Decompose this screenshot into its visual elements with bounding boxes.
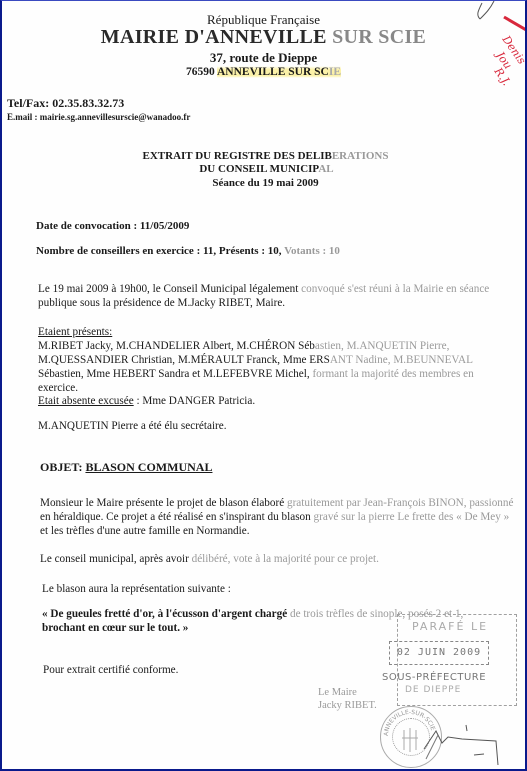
stamp-line1: SOUS-PRÉFECTURE [382,672,486,683]
absent-label: Etait absente excusée [38,395,134,407]
p1-line1: Monsieur le Maire présente le projet de … [40,496,513,511]
extract-title-line2: DU CONSEIL MUNICIPAL [2,163,525,175]
title-line2-faded: AL [318,163,333,175]
blazon-line2: brochant en cœur sur le tout. » [42,621,188,636]
tel-fax: Tel/Fax: 02.35.83.32.73 [7,96,124,111]
town-main: ANNEVILLE SUR SC [217,66,329,78]
present-label: Etaient présents: [38,325,112,340]
present-line2-main: M.QUESSANDIER Christian, M.MÉRAULT Franc… [38,354,330,366]
present-line1-main: M.RIBET Jacky, M.CHANDELIER Albert, M.CH… [38,340,315,352]
document-page: République Française MAIRIE D'ANNEVILLE … [0,0,527,771]
mairie-title: MAIRIE D'ANNEVILLE SUR SCIE [2,26,525,49]
email-address: E.mail : mairie.sg.annevillesurscie@wana… [7,112,190,122]
closing-line: Pour extrait certifié conforme. [43,663,178,678]
stamp-top-text: PARAFÉ LE [412,620,488,633]
mairie-title-faded: SUR SCIE [332,26,426,48]
p2-main: Le conseil municipal, après avoir [40,553,192,565]
postcode: 76590 [186,66,217,78]
present-line1-faded: astien, M.ANQUETIN Pierre, [315,340,450,352]
intro-line1: Le 19 mai 2009 à 19h00, le Conseil Munic… [38,282,489,297]
p3-line: Le blason aura la représentation suivant… [42,582,231,597]
blazon-line1-main: « De gueules fretté d'or, à l'écusson d'… [42,608,290,620]
title-line1-faded: ERATIONS [332,150,389,162]
p1-line3: et les trèfles d'une autre famille en No… [40,524,250,539]
p1-line1-faded: gratuitement par Jean-François BINON, pa… [287,497,514,509]
council-counts: Nombre de conseillers en exercice : 11, … [36,245,340,257]
p1-line1-main: Monsieur le Maire présente le projet de … [40,497,287,509]
present-line3: Sébastien, Mme HEBERT Sandra et M.LEFEBV… [38,367,474,382]
p1-line2-main: en héraldique. Ce projet a été réalisé e… [40,511,314,523]
present-line3-main: Sébastien, Mme HEBERT Sandra et M.LEFEBV… [38,368,312,380]
subject-label: OBJET: [40,460,85,474]
p2-line: Le conseil municipal, après avoir délibé… [40,552,379,567]
p1-line2-faded: gravé sur la pierre Le frette des « De M… [314,511,510,523]
svg-text:R.J.: R.J. [491,64,513,88]
secretary-line: M.ANQUETIN Pierre a été élu secrétaire. [38,419,227,434]
address-street: 37, route de Dieppe [2,50,525,66]
mairie-title-main: MAIRIE D'ANNEVILLE [101,26,332,48]
handwritten-annotation-icon: Denis Jou R.J. [472,1,527,91]
intro-faded: convoqué s'est réuni à la Mairie en séan… [301,283,489,295]
present-line2: M.QUESSANDIER Christian, M.MÉRAULT Franc… [38,353,473,368]
stamp-line2: DE DIEPPE [405,685,461,695]
signature-title: Le Maire [318,687,357,698]
signature-name: Jacky RIBET. [318,700,377,711]
signature-scribble-icon [422,719,512,769]
counts-faded: Votants : 10 [284,245,340,257]
absent-line: Etait absente excusée : Mme DANGER Patri… [38,394,255,409]
extract-title-line1: EXTRAIT DU REGISTRE DES DELIBERATIONS [2,150,525,162]
town-faded: IE [329,66,341,78]
stamp-date: 02 JUIN 2009 [389,641,489,665]
address-town: 76590 ANNEVILLE SUR SCIE [2,66,525,78]
title-line2-main: DU CONSEIL MUNICIP [199,163,318,175]
session-date: Séance du 19 mai 2009 [2,177,525,189]
present-line2-faded: ANT Nadine, M.BEUNNEVAL [330,354,473,366]
absent-value: : Mme DANGER Patricia. [134,395,256,407]
p1-line2: en héraldique. Ce projet a été réalisé e… [40,510,509,525]
intro-main: Le 19 mai 2009 à 19h00, le Conseil Munic… [38,283,301,295]
town-highlighted: ANNEVILLE SUR SCIE [217,66,341,78]
title-line1-main: EXTRAIT DU REGISTRE DES DELIB [143,150,332,162]
subject-value: BLASON COMMUNAL [85,460,212,474]
p2-faded: délibéré, vote à la majorité pour ce pro… [192,553,379,565]
intro-line2: publique sous la présidence de M.Jacky R… [38,296,285,311]
present-label-text: Etaient présents: [38,326,112,338]
convocation-date: Date de convocation : 11/05/2009 [36,220,189,232]
present-line3-faded: formant la majorité des membres en [312,368,473,380]
subject-line: OBJET: BLASON COMMUNAL [40,460,212,475]
counts-main: Nombre de conseillers en exercice : 11, … [36,245,284,257]
present-line1: M.RIBET Jacky, M.CHANDELIER Albert, M.CH… [38,339,449,354]
